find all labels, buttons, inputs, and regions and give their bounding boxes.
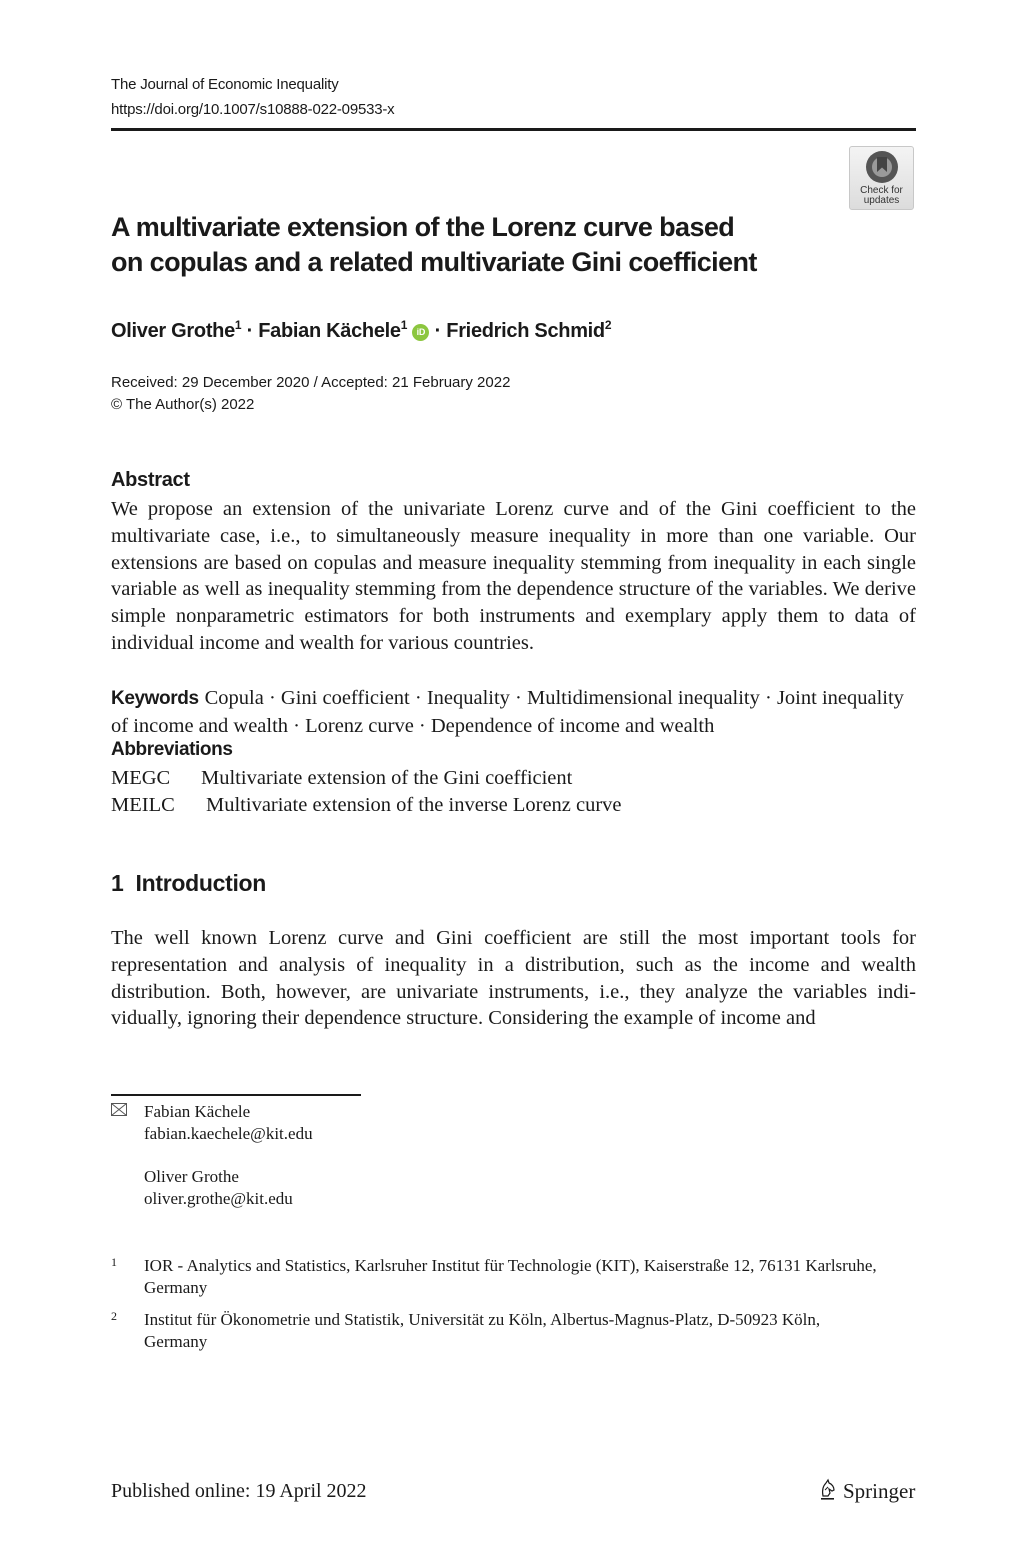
keywords-text: Copula · Gini coefficient · Inequality ·…	[111, 687, 904, 737]
section-title: Introduction	[136, 870, 267, 896]
affiliation-text: IOR - Analytics and Statistics, Karlsruh…	[144, 1255, 884, 1299]
check-for-updates-badge[interactable]: Check for updates	[849, 146, 914, 210]
title-line-2: on copulas and a related multivariate Gi…	[111, 245, 871, 280]
journal-name: The Journal of Economic Inequality	[111, 76, 339, 93]
author-name[interactable]: Friedrich Schmid	[446, 320, 605, 342]
publisher-name: Springer	[843, 1479, 915, 1503]
corresponding-author-email[interactable]: fabian.kaechele@kit.edu	[144, 1123, 313, 1145]
author-contact-email[interactable]: oliver.grothe@kit.edu	[144, 1188, 293, 1210]
author-separator: ·	[435, 320, 441, 342]
affiliation-marker: 1	[235, 318, 241, 332]
article-title: A multivariate extension of the Lorenz c…	[111, 210, 871, 280]
header-rule	[111, 128, 916, 131]
abbreviation-definition: Multivariate extension of the Gini coeff…	[201, 767, 572, 789]
footnote-rule	[111, 1094, 361, 1096]
keywords: KeywordsCopula · Gini coefficient · Ineq…	[111, 685, 916, 740]
crossmark-line2: updates	[850, 196, 913, 206]
abstract-body: We propose an extension of the univariat…	[111, 496, 916, 657]
publisher-logo: Springer	[817, 1478, 915, 1504]
section-number: 1	[111, 870, 124, 896]
abbreviation-definition: Multivariate extension of the inverse Lo…	[206, 794, 622, 816]
author-name[interactable]: Oliver Grothe	[111, 320, 235, 342]
abbreviation-term: MEILC	[111, 792, 206, 819]
abstract-heading: Abstract	[111, 469, 190, 492]
affiliation-marker: 2	[605, 318, 611, 332]
abbreviations-heading: Abbreviations	[111, 739, 233, 761]
received-accepted-dates: Received: 29 December 2020 / Accepted: 2…	[111, 374, 510, 391]
author-separator: ·	[247, 320, 253, 342]
abbreviation-term: MEGC	[111, 765, 201, 792]
abbreviation-row: MEGCMultivariate extension of the Gini c…	[111, 765, 572, 792]
orcid-icon[interactable]: iD	[412, 324, 429, 341]
corresponding-author-name: Fabian Kächele	[144, 1101, 250, 1123]
affiliation-number: 2	[111, 1309, 117, 1324]
abbreviation-row: MEILCMultivariate extension of the inver…	[111, 792, 622, 819]
author-name[interactable]: Fabian Kächele	[258, 320, 401, 342]
author-contact-name: Oliver Grothe	[144, 1166, 239, 1188]
affiliation-number: 1	[111, 1255, 117, 1270]
springer-horse-icon	[817, 1478, 837, 1502]
introduction-body: The well known Lorenz curve and Gini coe…	[111, 925, 916, 1032]
doi-link[interactable]: https://doi.org/10.1007/s10888-022-09533…	[111, 101, 394, 118]
section-heading: 1Introduction	[111, 870, 266, 897]
author-list: Oliver Grothe1 · Fabian Kächele1 iD · Fr…	[111, 318, 611, 343]
keywords-label: Keywords	[111, 688, 199, 709]
affiliation-marker: 1	[401, 318, 407, 332]
affiliation-text: Institut für Ökonometrie und Statistik, …	[144, 1309, 884, 1353]
copyright-notice: © The Author(s) 2022	[111, 396, 254, 413]
published-online-date: Published online: 19 April 2022	[111, 1480, 367, 1503]
title-line-1: A multivariate extension of the Lorenz c…	[111, 210, 871, 245]
envelope-icon	[111, 1103, 127, 1116]
